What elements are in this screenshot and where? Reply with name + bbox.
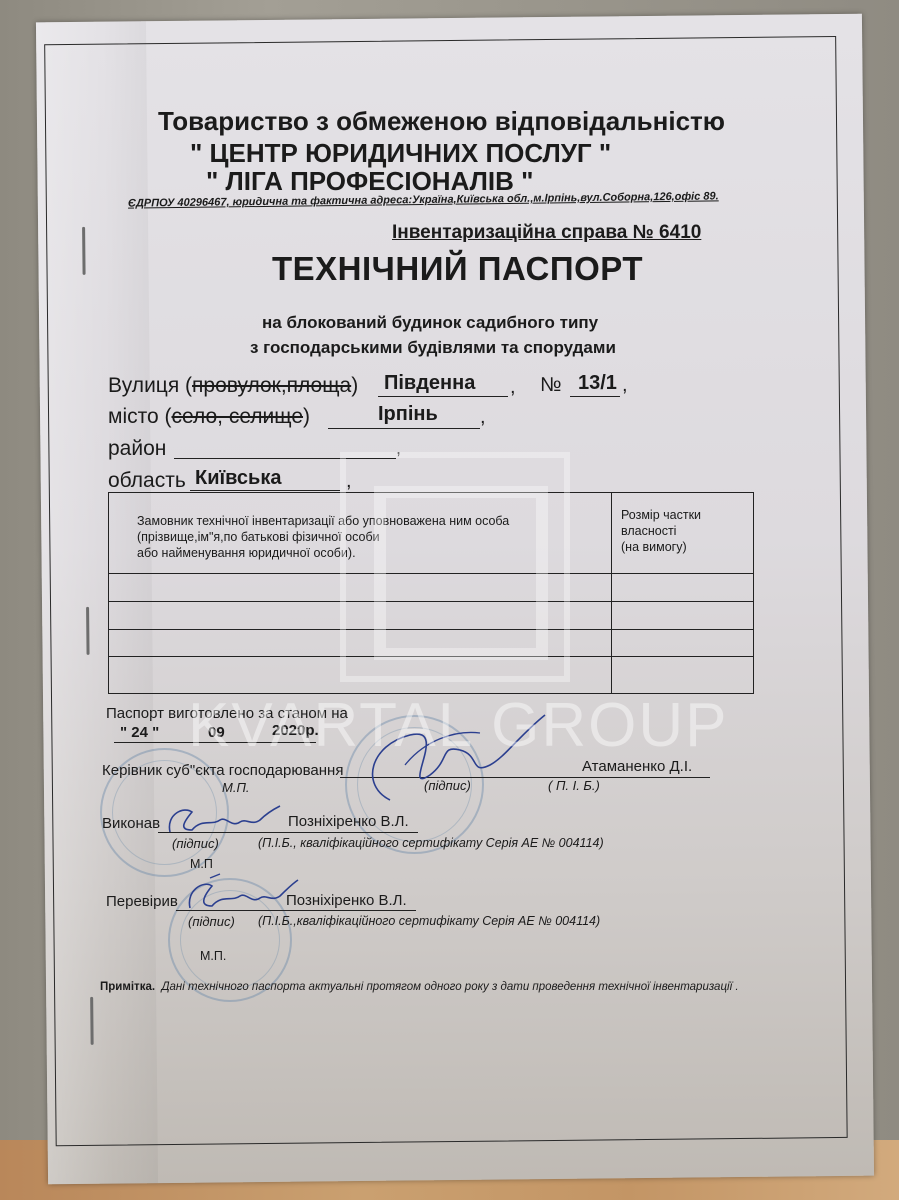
executed-mp: М.П (190, 857, 213, 871)
table-column-divider (611, 493, 612, 693)
street-underline (378, 396, 508, 397)
note: Примітка. Дані технічного паспорта актуа… (100, 981, 739, 993)
page-title: ТЕХНІЧНИЙ ПАСПОРТ (272, 250, 643, 288)
case-number: Інвентаризаційна справа № 6410 (392, 222, 701, 244)
table-header-share: Розмір частки власності (на вимогу) (621, 507, 701, 555)
checked-signature-icon (180, 872, 300, 916)
staple-icon (86, 607, 90, 655)
city-comma: , (480, 406, 486, 429)
checked-signature-caption: (підпис) (188, 914, 235, 929)
prepared-day: " 24 " (120, 724, 159, 741)
city-underline (328, 428, 480, 429)
city-struck-options: село, селище (172, 405, 304, 428)
district-label: район (108, 437, 166, 461)
watermark-logo-icon (340, 452, 570, 682)
watermark-text: KVARTAL GROUP (188, 690, 729, 761)
executed-label: Виконав (102, 815, 160, 832)
number-comma: , (622, 374, 628, 397)
street-comma: , (510, 376, 516, 399)
city-value: Ірпінь (378, 403, 438, 426)
checked-label: Перевірив (106, 893, 178, 910)
street-label-close: ) (351, 374, 358, 397)
region-underline (190, 490, 340, 491)
executed-name: Позніхіренко В.Л. (288, 813, 409, 830)
region-value: Київська (195, 467, 281, 490)
head-label: Керівник суб"єкта господарювання (102, 762, 343, 779)
checked-mp: М.П. (200, 949, 226, 963)
city-row: місто (село, селище) (108, 405, 310, 429)
company-line-1: Товариство з обмеженою відповідальністю (158, 106, 725, 137)
city-label-close: ) (303, 405, 310, 428)
company-line-2: " ЦЕНТР ЮРИДИЧНИХ ПОСЛУГ " (190, 138, 611, 169)
executed-caption: (П.І.Б., кваліфікаційного сертифікату Се… (258, 836, 604, 850)
note-text: Дані технічного паспорта актуальні протя… (161, 981, 738, 993)
subtitle-line-2: з господарськими будівлями та спорудами (250, 338, 616, 358)
note-label: Примітка. (100, 981, 155, 993)
head-mp: М.П. (222, 780, 249, 795)
city-label: місто ( (108, 405, 172, 428)
executed-signature-icon (162, 800, 282, 840)
checked-name: Позніхіренко В.Л. (286, 892, 407, 909)
checked-caption: (П.І.Б.,кваліфікаційного сертифікату Сер… (258, 914, 600, 928)
number-label: № (540, 374, 561, 397)
staple-icon (90, 997, 94, 1045)
number-underline (570, 396, 620, 397)
street-row: Вулиця (провулок,площа) (108, 374, 358, 398)
street-struck-options: провулок,площа (192, 374, 351, 397)
street-label: Вулиця ( (108, 374, 192, 397)
street-value: Південна (384, 372, 475, 395)
subtitle-line-1: на блокований будинок садибного типу (262, 313, 598, 333)
number-value: 13/1 (578, 372, 617, 395)
region-label: область (108, 469, 186, 493)
staple-icon (82, 227, 86, 275)
